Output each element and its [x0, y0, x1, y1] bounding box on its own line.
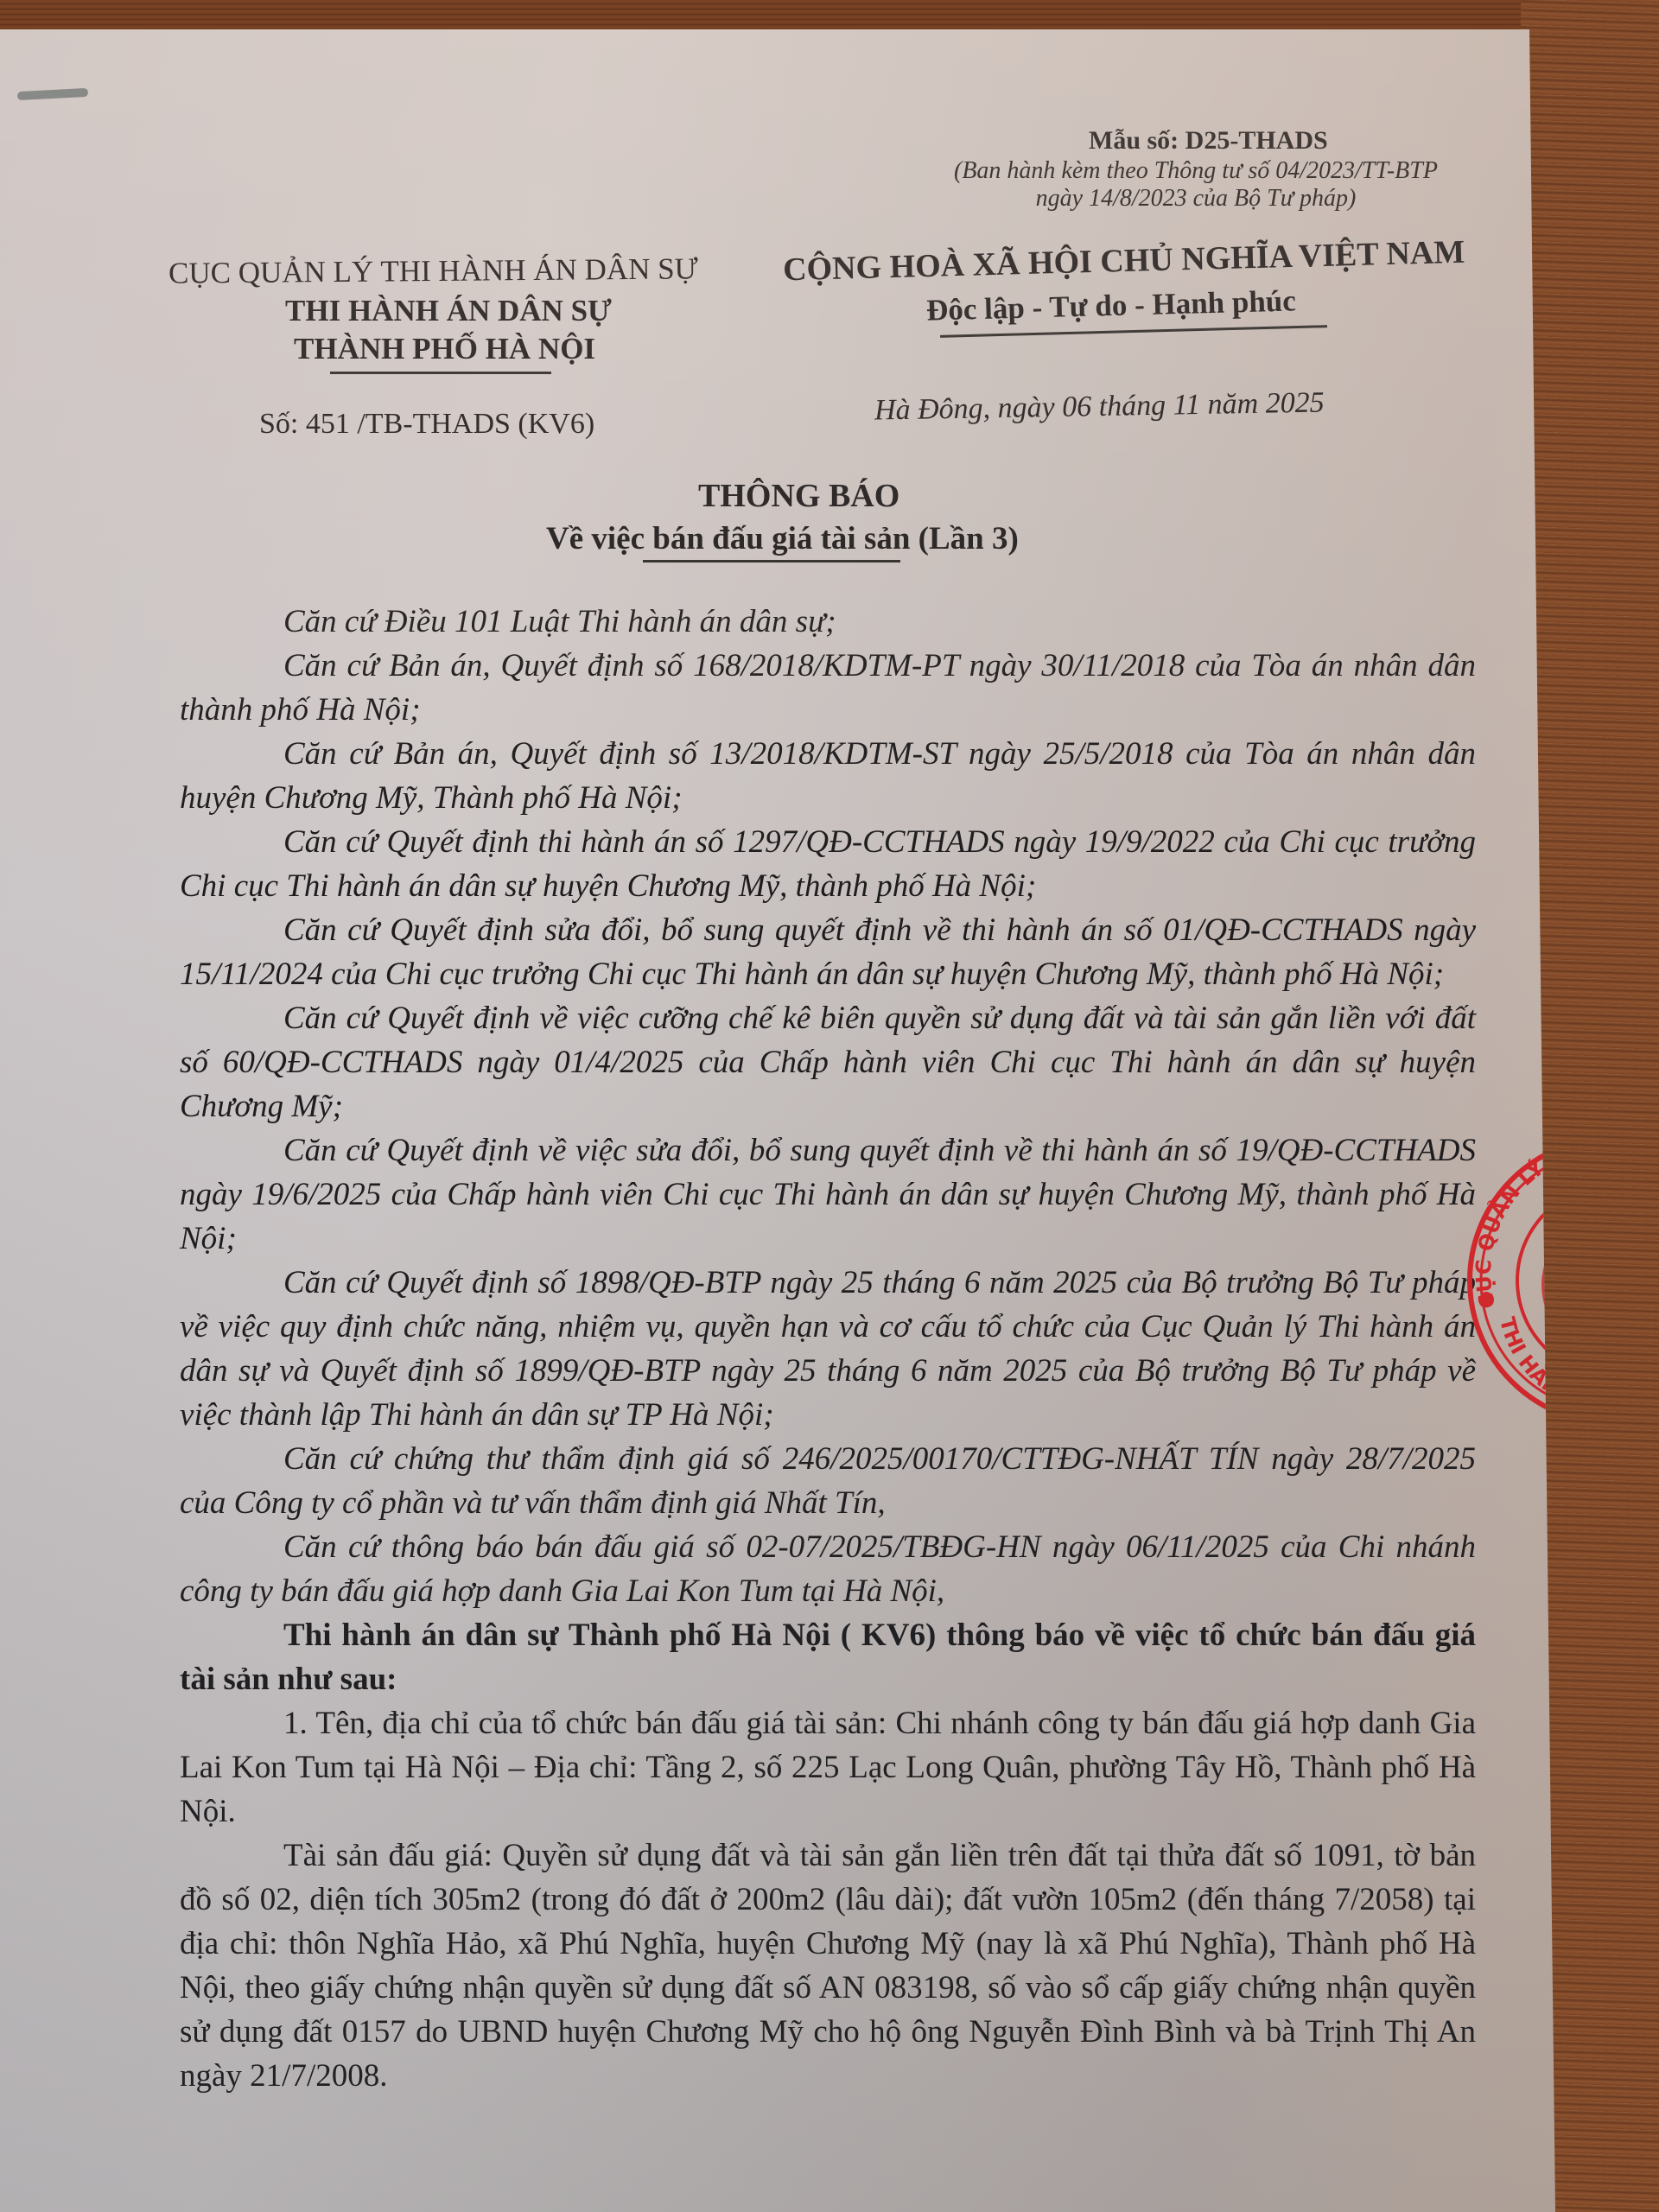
- document-body: Căn cứ Điều 101 Luật Thi hành án dân sự;…: [180, 600, 1476, 2098]
- staple-icon: [17, 88, 88, 100]
- issuing-agency: THI HÀNH ÁN DÂN SỰ: [285, 294, 612, 328]
- form-note-line-2: ngày 14/8/2023 của Bộ Tư pháp): [954, 185, 1438, 213]
- place-and-date: Hà Đông, ngày 06 tháng 11 năm 2025: [874, 386, 1325, 427]
- form-issuance-note: (Ban hành kèm theo Thông tư số 04/2023/T…: [954, 157, 1438, 213]
- agency-underline: [330, 372, 551, 374]
- document-title: THÔNG BÁO: [698, 477, 899, 515]
- legal-basis: Căn cứ Quyết định sửa đổi, bổ sung quyết…: [180, 908, 1476, 996]
- legal-basis: Căn cứ Quyết định về việc cưỡng chế kê b…: [180, 996, 1476, 1128]
- lead-statement: Thi hành án dân sự Thành phố Hà Nội ( KV…: [180, 1613, 1476, 1701]
- legal-basis: Căn cứ Quyết định số 1898/QĐ-BTP ngày 25…: [180, 1261, 1476, 1437]
- document-page: Mẫu số: D25-THADS (Ban hành kèm theo Thô…: [0, 29, 1555, 2212]
- legal-basis: Căn cứ Bản án, Quyết định số 168/2018/KD…: [180, 644, 1476, 732]
- auction-asset-item: Tài sản đấu giá: Quyền sử dụng đất và tà…: [180, 1834, 1476, 2098]
- legal-basis: Căn cứ Quyết định thi hành án số 1297/QĐ…: [180, 820, 1476, 908]
- form-note-line-1: (Ban hành kèm theo Thông tư số 04/2023/T…: [954, 157, 1438, 185]
- national-motto: Độc lập - Tự do - Hạnh phúc: [926, 283, 1297, 327]
- form-number: Mẫu số: D25-THADS: [1089, 126, 1328, 156]
- legal-basis: Căn cứ chứng thư thẩm định giá số 246/20…: [180, 1437, 1476, 1525]
- subtitle-underline: [643, 560, 900, 563]
- document-number: Số: 451 /TB-THADS (KV6): [259, 408, 594, 441]
- legal-basis: Căn cứ thông báo bán đấu giá số 02-07/20…: [180, 1525, 1476, 1613]
- document-subtitle: Về việc bán đấu giá tài sản (Lần 3): [546, 520, 1019, 557]
- legal-basis: Căn cứ Bản án, Quyết định số 13/2018/KDT…: [180, 732, 1476, 820]
- parent-agency: CỤC QUẢN LÝ THI HÀNH ÁN DÂN SỰ: [168, 251, 698, 290]
- motto-underline: [940, 325, 1327, 338]
- auction-organization-item: 1. Tên, địa chỉ của tổ chức bán đấu giá …: [180, 1701, 1476, 1834]
- legal-basis: Căn cứ Điều 101 Luật Thi hành án dân sự;: [180, 600, 1476, 644]
- legal-basis: Căn cứ Quyết định về việc sửa đổi, bổ su…: [180, 1128, 1476, 1261]
- national-title: CỘNG HOÀ XÃ HỘI CHỦ NGHĨA VIỆT NAM: [783, 233, 1465, 289]
- issuing-agency-city: THÀNH PHỐ HÀ NỘI: [294, 332, 595, 366]
